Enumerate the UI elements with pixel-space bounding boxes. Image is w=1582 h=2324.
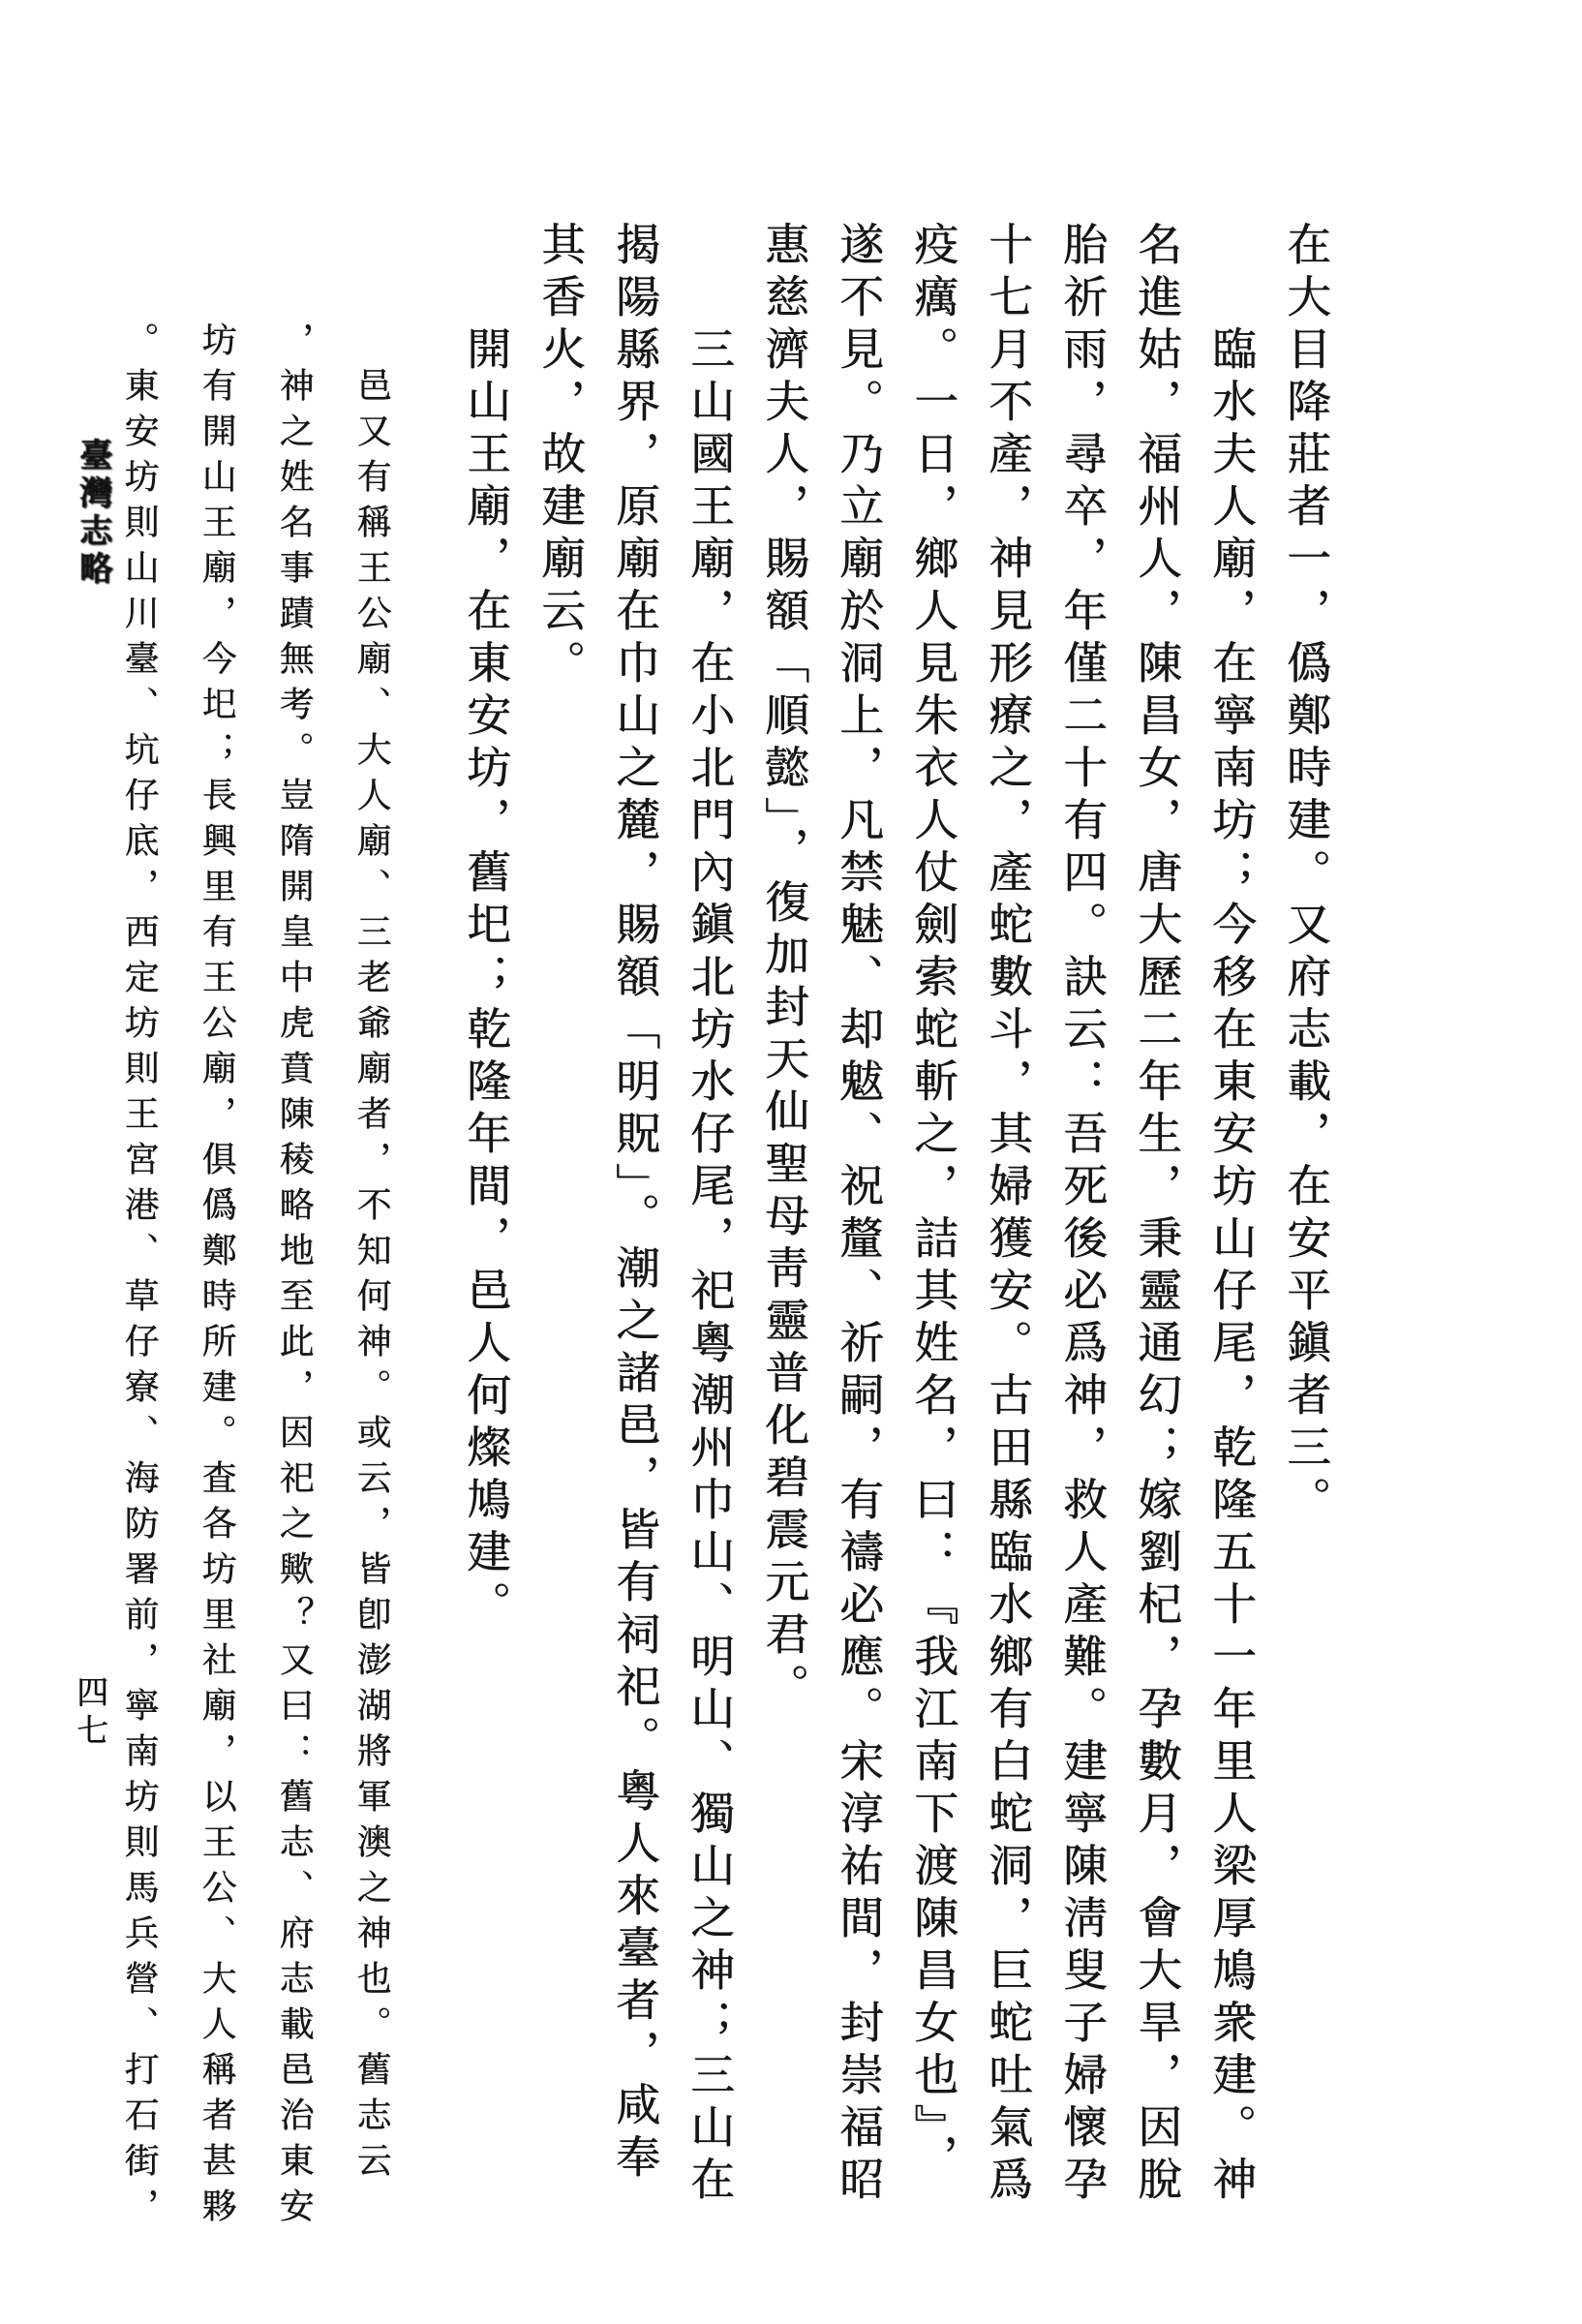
text-column: ，神之姓名事蹟無考。豈隋開皇中虎賁陳稜略地至此，因祀之歟？又曰：舊志、府志載邑治… (278, 321, 319, 2233)
text-column: 十七月不產，神見形療之，產蛇數斗，其婦獲安。古田縣臨水鄉有白蛇洞，巨蛇吐氣爲 (991, 221, 1040, 2208)
text-column: 疫癘。一日，鄉人見朱衣人仗劍索蛇斬之，詰其姓名，曰：『我江南下渡陳昌女也』， (917, 221, 965, 2186)
text-column: 三山國王廟，在小北門內鎭北坊水仔尾，祀粵潮州巾山、明山、獨山之神；三山在 (693, 325, 742, 2208)
text-column: 揭陽縣界，原廟在巾山之麓，賜額「明貺」。潮之諸邑，皆有祠祀。粵人來臺者，咸奉 (619, 221, 667, 2186)
text-column: 坊有開山王廟，今圯；長興里有王公廟，俱僞鄭時所建。査各坊里社廟，以王公、大人稱者… (200, 321, 241, 2233)
text-column: 惠慈濟夫人，賜額「順懿」，復加封天仙聖母靑靈普化碧震元君。 (768, 221, 816, 1715)
spine-title: 臺灣志略 (70, 438, 117, 589)
text-column: 開山王廟，在東安坊，舊圯；乾隆年間，邑人何燦鳩建。 (470, 325, 518, 1633)
page-number: 四七 (68, 1675, 113, 1751)
text-column: 名進姑，福州人，陳昌女，唐大歷二年生，秉靈通幻；嫁劉杞，孕數月，會大旱，因脫 (1141, 221, 1189, 2208)
text-column: 。東安坊則山川臺、坑仔底，西定坊則王宮港、草仔寮、海防署前，寧南坊則馬兵營、打石… (123, 321, 164, 2233)
text-column: 臨水夫人廟，在寧南坊；今移在東安坊山仔尾，乾隆五十一年里人梁厚鳩衆建。神 (1215, 325, 1263, 2208)
text-column: 在大目降莊者一，僞鄭時建。又府志載，在安平鎭者三。 (1290, 221, 1338, 1528)
text-column: 邑又有稱王公廟、大人廟、三老爺廟者，不知何神。或云，皆卽澎湖將軍澳之神也。舊志云 (355, 367, 396, 2187)
text-column: 遂不見。乃立廟於洞上，凡禁魅、却魃、祝釐、祈嗣，有禱必應。宋淳祐間，封崇福昭 (842, 221, 891, 2208)
book-page: 在大目降莊者一，僞鄭時建。又府志載，在安平鎭者三。臨水夫人廟，在寧南坊；今移在東… (0, 0, 1582, 2324)
text-column: 其香火，故建廟云。 (544, 221, 593, 691)
text-column: 胎祈雨，尋卒，年僅二十有四。訣云：吾死後必爲神，救人產難。建寧陳淸叟子婦懷孕 (1066, 221, 1114, 2208)
